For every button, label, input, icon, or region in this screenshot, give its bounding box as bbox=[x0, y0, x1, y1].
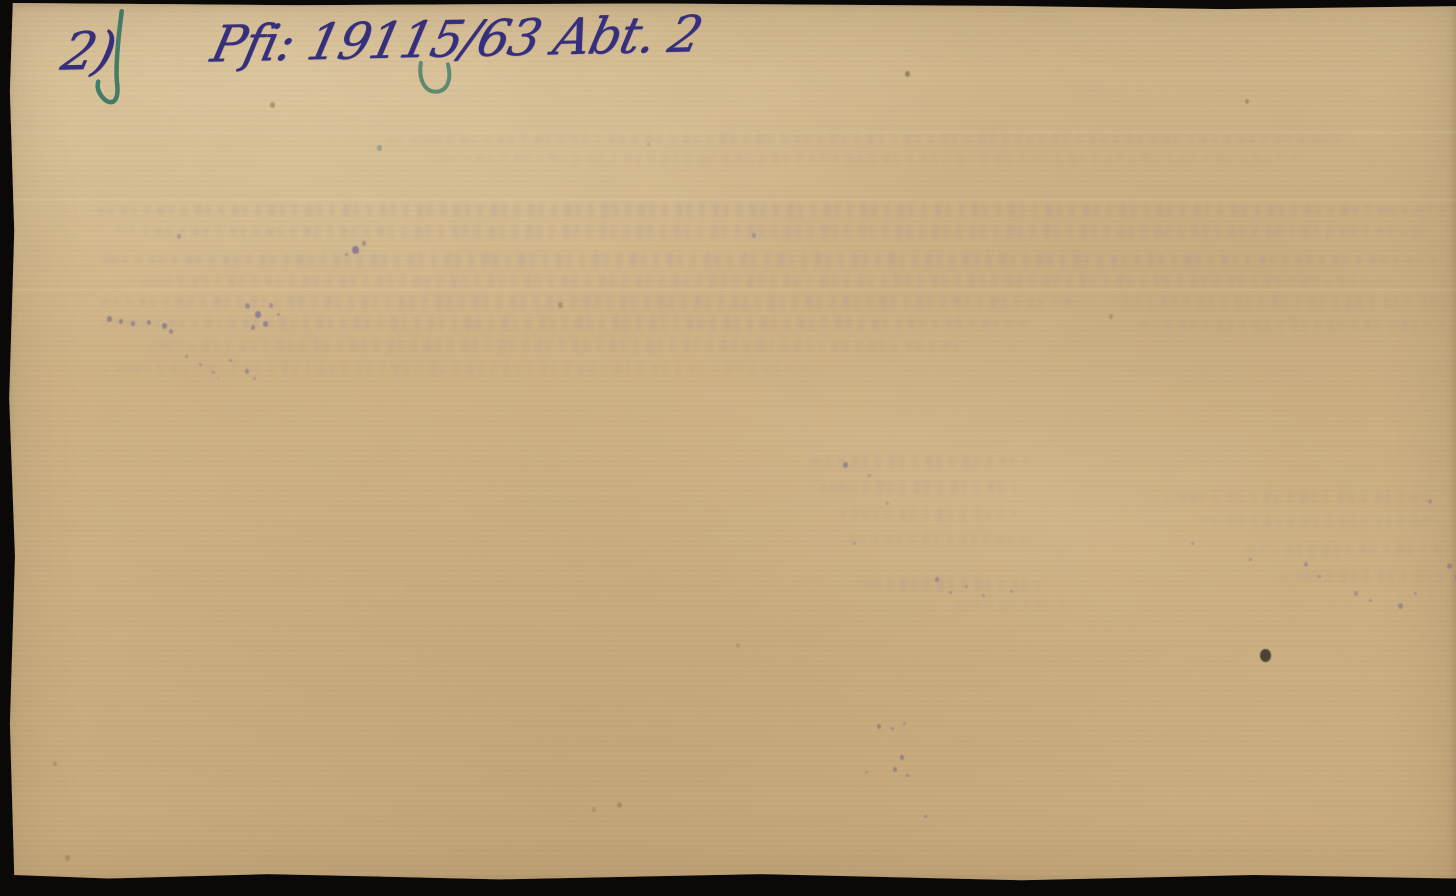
ink-speck bbox=[1398, 603, 1403, 609]
ink-speck bbox=[900, 755, 904, 760]
ink-speck bbox=[617, 802, 622, 808]
bleed-band bbox=[427, 153, 1307, 164]
ink-speck bbox=[1260, 649, 1271, 662]
ink-speck bbox=[345, 253, 348, 256]
bleed-band bbox=[117, 225, 1437, 238]
ink-speck bbox=[935, 577, 939, 582]
ink-speck bbox=[853, 542, 856, 545]
bleed-band bbox=[127, 275, 1397, 287]
bleed-band bbox=[102, 316, 1032, 330]
ink-speck bbox=[1428, 499, 1432, 504]
handwritten-annotation: 2) Pfi: 19115/63 Abt. 2 bbox=[6, 0, 829, 142]
bleed-band bbox=[949, 601, 1069, 611]
ink-speck bbox=[270, 102, 275, 108]
annotation-file-reference: Pfi: 19115/63 Abt. 2 bbox=[206, 5, 707, 74]
ink-speck bbox=[893, 767, 897, 772]
ink-speck bbox=[199, 363, 202, 366]
ink-speck bbox=[169, 329, 173, 334]
ink-speck bbox=[1354, 591, 1358, 596]
ink-speck bbox=[924, 815, 927, 818]
ink-speck bbox=[263, 321, 268, 327]
ink-speck bbox=[877, 724, 881, 729]
ink-speck bbox=[949, 591, 952, 594]
ink-speck bbox=[865, 771, 868, 774]
ink-speck bbox=[1109, 314, 1113, 319]
ink-speck bbox=[1249, 558, 1252, 561]
ink-speck bbox=[1304, 562, 1308, 567]
bleed-band bbox=[1237, 544, 1449, 556]
ink-speck bbox=[1447, 563, 1452, 569]
bleed-band bbox=[839, 534, 1024, 546]
paper-grain-layer bbox=[7, 3, 1456, 882]
index-card-back: 2) Pfi: 19115/63 Abt. 2 bbox=[7, 3, 1456, 882]
ink-speck bbox=[903, 722, 906, 725]
ink-speck bbox=[212, 371, 215, 374]
ink-speck bbox=[65, 855, 70, 861]
annotation-index-number: 2) bbox=[56, 21, 121, 82]
ink-speck bbox=[1414, 592, 1417, 595]
ink-speck bbox=[982, 594, 985, 597]
ink-speck bbox=[752, 233, 756, 238]
bleed-band bbox=[819, 481, 1024, 494]
ink-speck bbox=[277, 313, 280, 316]
scanned-document: 2) Pfi: 19115/63 Abt. 2 bbox=[0, 0, 1456, 896]
ink-speck bbox=[1010, 590, 1013, 593]
ink-speck bbox=[891, 727, 894, 730]
ink-speck bbox=[245, 303, 250, 309]
ink-speck bbox=[147, 320, 151, 325]
ink-speck bbox=[162, 323, 167, 329]
ink-speck bbox=[245, 369, 249, 374]
green-loop-mark bbox=[415, 58, 460, 97]
ink-speck bbox=[119, 319, 123, 324]
ink-speck bbox=[886, 502, 889, 505]
green-check-stroke bbox=[88, 9, 136, 114]
scan-streak bbox=[7, 199, 1456, 201]
bleed-band bbox=[1279, 570, 1456, 582]
ink-speck bbox=[377, 145, 382, 151]
ink-speck bbox=[843, 462, 848, 468]
ink-speck bbox=[558, 302, 563, 308]
bleed-band bbox=[863, 578, 1043, 591]
ink-speck bbox=[53, 761, 57, 766]
ink-speck bbox=[868, 474, 871, 477]
ink-speck bbox=[251, 325, 255, 330]
bleed-band bbox=[97, 253, 1437, 267]
bleed-band bbox=[829, 508, 1024, 520]
paper-mottle-layer bbox=[7, 3, 1456, 882]
ink-speck bbox=[253, 377, 256, 380]
bleed-band bbox=[1107, 295, 1452, 309]
paper-texture bbox=[7, 3, 1456, 882]
bleed-band bbox=[102, 363, 822, 375]
ink-speck bbox=[217, 377, 219, 379]
bleed-band bbox=[99, 295, 1099, 309]
scan-streak bbox=[7, 131, 1456, 133]
ink-speck bbox=[965, 585, 968, 588]
ink-speck bbox=[647, 143, 650, 146]
ink-bleedthrough-layer bbox=[7, 3, 1456, 882]
ink-speck bbox=[131, 321, 135, 326]
bleed-band bbox=[1137, 318, 1447, 331]
ink-speck bbox=[1245, 99, 1249, 104]
scanline-overlay bbox=[7, 3, 1456, 882]
bleed-band bbox=[95, 203, 1450, 217]
ink-speck bbox=[269, 303, 273, 308]
ink-speck bbox=[177, 234, 181, 239]
bleed-band bbox=[1192, 516, 1440, 528]
ink-speck bbox=[255, 311, 261, 318]
ink-speck bbox=[1191, 542, 1194, 545]
ink-speck bbox=[905, 71, 910, 77]
bleed-band bbox=[807, 455, 1032, 468]
ink-speck bbox=[229, 359, 232, 362]
bleed-band bbox=[387, 133, 1357, 145]
ink-speck bbox=[107, 316, 112, 322]
bleed-band bbox=[1167, 491, 1437, 504]
ink-speck bbox=[362, 241, 366, 246]
ink-speck bbox=[1318, 575, 1321, 578]
ink-speck bbox=[592, 807, 596, 812]
ink-speck bbox=[185, 355, 188, 358]
ink-speck bbox=[352, 246, 359, 254]
ink-speck bbox=[906, 774, 909, 777]
bleed-band bbox=[147, 339, 977, 352]
scan-streak bbox=[7, 289, 1456, 291]
ink-speck bbox=[736, 643, 740, 648]
ink-speck bbox=[1369, 599, 1372, 602]
